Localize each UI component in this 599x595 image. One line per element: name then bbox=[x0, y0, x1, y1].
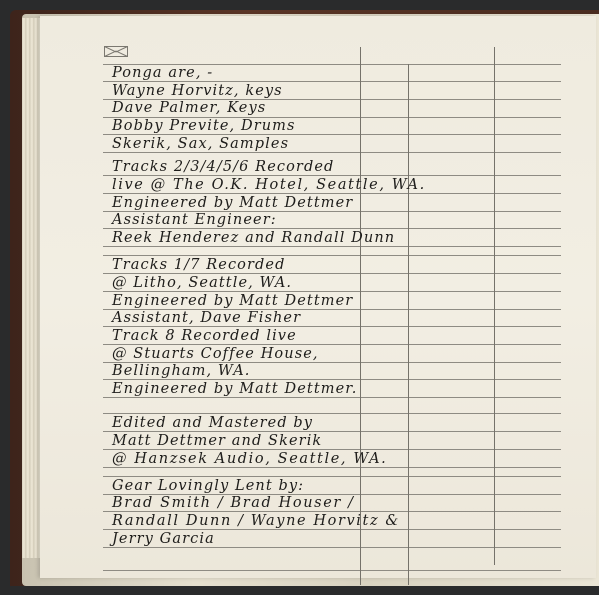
rule-line bbox=[103, 246, 561, 247]
note-line: Matt Dettmer and Skerik bbox=[112, 434, 322, 449]
note-line: Jerry Garcia bbox=[112, 532, 215, 547]
rule-line bbox=[103, 511, 561, 512]
rule-line bbox=[103, 570, 561, 571]
note-line: Assistant Engineer: bbox=[112, 213, 277, 228]
note-line: @ Stuarts Coffee House, bbox=[112, 347, 319, 362]
note-line: Engineered by Matt Dettmer bbox=[112, 196, 353, 211]
rule-line bbox=[103, 467, 561, 468]
note-line: Tracks 2/3/4/5/6 Recorded bbox=[112, 160, 334, 175]
rule-line bbox=[103, 379, 561, 380]
note-line: @ Hanzsek Audio, Seattle, WA. bbox=[112, 452, 387, 467]
envelope-icon bbox=[104, 46, 128, 57]
column-line-2 bbox=[408, 64, 409, 585]
rule-line bbox=[103, 326, 561, 327]
note-line: Reek Henderez and Randall Dunn bbox=[112, 231, 395, 246]
rule-line bbox=[103, 255, 561, 256]
rule-line bbox=[103, 397, 561, 398]
column-line-3 bbox=[494, 47, 495, 565]
note-line: Edited and Mastered by bbox=[112, 416, 313, 431]
background-edge bbox=[0, 586, 599, 595]
note-line: Wayne Horvitz, keys bbox=[112, 84, 283, 99]
note-line: Assistant, Dave Fisher bbox=[112, 311, 301, 326]
note-line: Engineered by Matt Dettmer. bbox=[112, 382, 357, 397]
note-line: Gear Lovingly Lent by: bbox=[112, 479, 304, 494]
rule-line bbox=[103, 431, 561, 432]
column-line-1 bbox=[360, 47, 361, 585]
note-line: Brad Smith / Brad Houser / bbox=[112, 496, 355, 511]
note-line: Bellingham, WA. bbox=[112, 364, 250, 379]
note-line: Ponga are, - bbox=[112, 66, 213, 81]
rule-line bbox=[103, 175, 561, 176]
note-line: @ Litho, Seattle, WA. bbox=[112, 276, 292, 291]
note-line: Engineered by Matt Dettmer bbox=[112, 294, 353, 309]
rule-line bbox=[103, 193, 561, 194]
rule-line bbox=[103, 81, 561, 82]
rule-line bbox=[103, 273, 561, 274]
note-line: Randall Dunn / Wayne Horvitz & bbox=[112, 514, 400, 529]
note-line: Skerik, Sax, Samples bbox=[112, 137, 289, 152]
note-line: live @ The O.K. Hotel, Seattle, WA. bbox=[112, 178, 426, 193]
note-line: Track 8 Recorded live bbox=[112, 329, 297, 344]
rule-line bbox=[103, 413, 561, 414]
note-line: Dave Palmer, Keys bbox=[112, 101, 266, 116]
rule-line bbox=[103, 134, 561, 135]
rule-line bbox=[103, 547, 561, 548]
rule-line bbox=[103, 344, 561, 345]
note-line: Bobby Previte, Drums bbox=[112, 119, 296, 134]
rule-line bbox=[103, 476, 561, 477]
page-edges bbox=[22, 18, 42, 558]
rule-line bbox=[103, 529, 561, 530]
rule-line bbox=[103, 291, 561, 292]
rule-line bbox=[103, 152, 561, 153]
rule-line bbox=[103, 228, 561, 229]
note-line: Tracks 1/7 Recorded bbox=[112, 258, 285, 273]
rule-line bbox=[103, 449, 561, 450]
